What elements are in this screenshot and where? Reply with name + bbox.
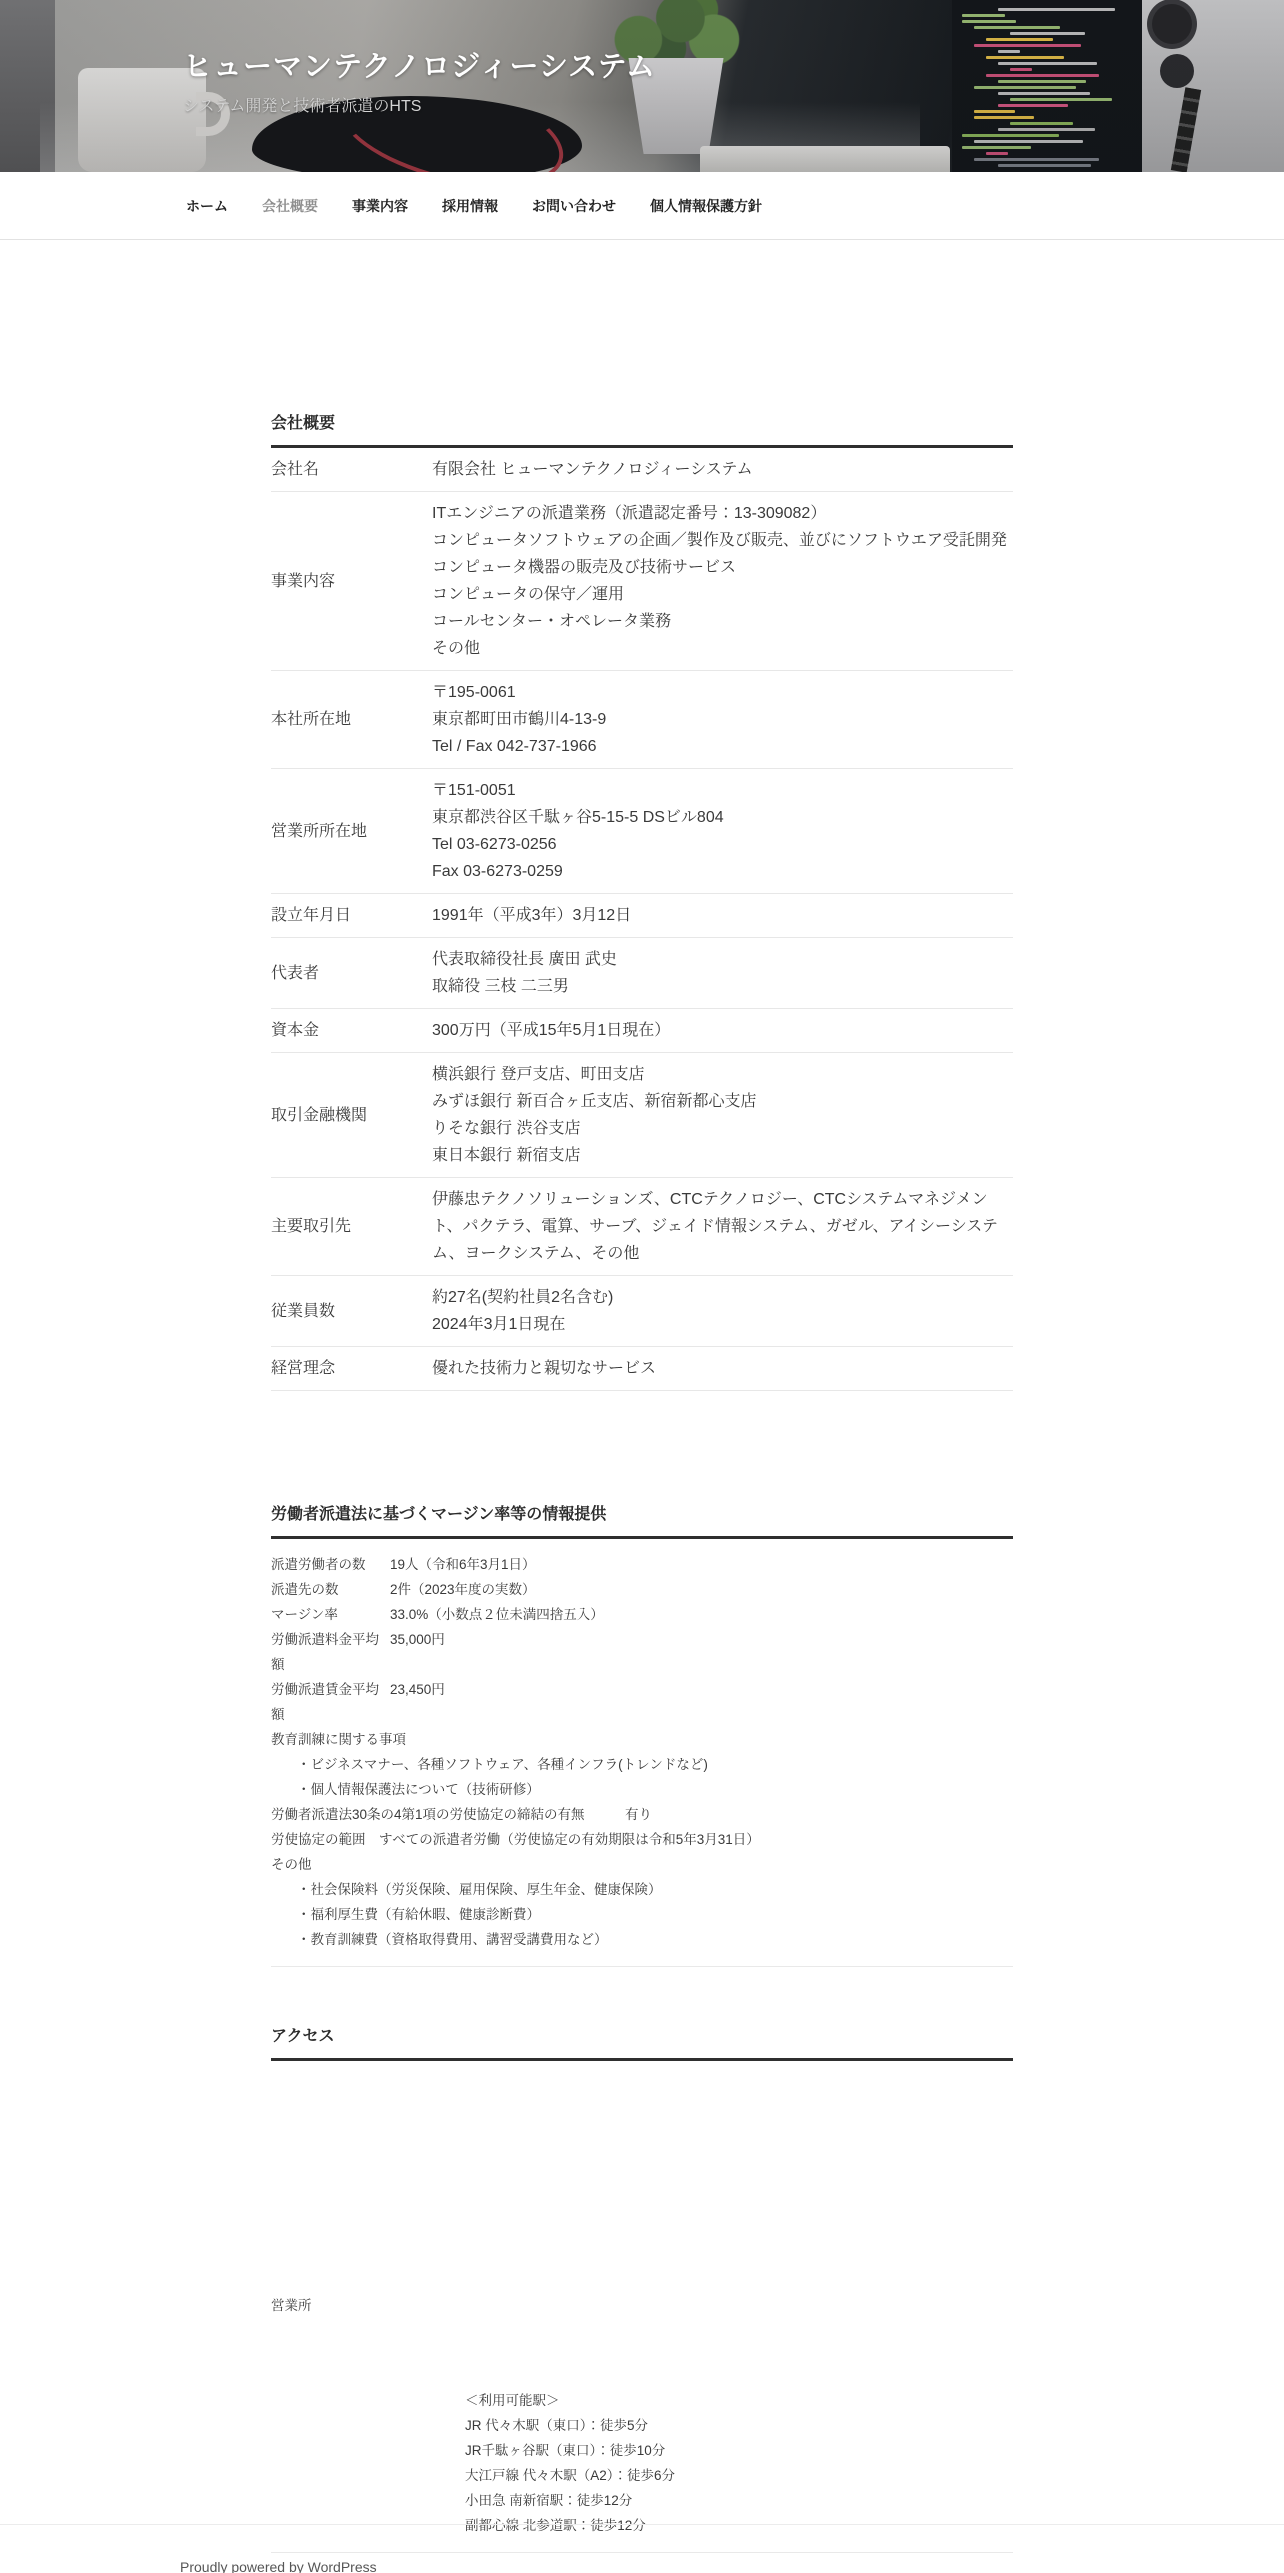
access-section: アクセス 営業所 ＜利用可能駅＞ JR 代々木駅（東口）：徒歩5分JR千駄ヶ谷駅… xyxy=(271,2023,1013,2553)
margin-pair-label: 派遣先の数 xyxy=(271,1577,390,1602)
station-item: JR千駄ヶ谷駅（東口）：徒歩10分 xyxy=(465,2438,1013,2463)
margin-info-list: 派遣労働者の数19人（令和6年3月1日）派遣先の数2件（2023年度の実数）マー… xyxy=(271,1552,1013,1967)
margin-info-section: 労働者派遣法に基づくマージン率等の情報提供 派遣労働者の数19人（令和6年3月1… xyxy=(271,1501,1013,1967)
company-row-label: 代表者 xyxy=(271,938,432,1009)
station-list-title: ＜利用可能駅＞ xyxy=(465,2388,1013,2413)
margin-info-line: ・教育訓練費（資格取得費用、講習受講費用など） xyxy=(271,1927,1013,1952)
company-overview-heading: 会社概要 xyxy=(271,410,1013,448)
company-row-value: 〒151-0051東京都渋谷区千駄ヶ谷5-15-5 DSビル804Tel 03-… xyxy=(432,769,1013,894)
company-table-row: 会社名有限会社 ヒューマンテクノロジィーシステム xyxy=(271,448,1013,492)
hero-header: ヒューマンテクノロジィーシステム システム開発と技術者派遣のHTS xyxy=(0,0,1284,172)
company-row-value: ITエンジニアの派遣業務（派遣認定番号：13-309082）コンピュータソフトウ… xyxy=(432,492,1013,671)
margin-pair-label: 派遣労働者の数 xyxy=(271,1552,390,1577)
margin-info-line: ・福利厚生費（有給休暇、健康診断費） xyxy=(271,1902,1013,1927)
company-row-label: 取引金融機関 xyxy=(271,1053,432,1178)
margin-info-line: 教育訓練に関する事項 xyxy=(271,1727,1013,1752)
company-row-label: 資本金 xyxy=(271,1009,432,1053)
company-table-row: 従業員数約27名(契約社員2名含む)2024年3月1日現在 xyxy=(271,1276,1013,1347)
company-row-value: 代表取締役社長 廣田 武史取締役 三枝 二三男 xyxy=(432,938,1013,1009)
nav-item-3[interactable]: 採用情報 xyxy=(442,196,498,216)
company-row-value: 優れた技術力と親切なサービス xyxy=(432,1347,1013,1391)
margin-pair-value: 33.0%（小数点２位未満四捨五入） xyxy=(390,1602,604,1627)
station-item: JR 代々木駅（東口）：徒歩5分 xyxy=(465,2413,1013,2438)
company-table-row: 営業所所在地〒151-0051東京都渋谷区千駄ヶ谷5-15-5 DSビル804T… xyxy=(271,769,1013,894)
station-item: 大江戸線 代々木駅（A2）：徒歩6分 xyxy=(465,2463,1013,2488)
margin-info-line: 労働者派遣法30条の4第1項の労使協定の締結の有無 有り xyxy=(271,1802,1013,1827)
margin-info-pair: 派遣先の数2件（2023年度の実数） xyxy=(271,1577,1013,1602)
margin-pair-label: 労働派遣料金平均額 xyxy=(271,1627,390,1677)
margin-info-pair: 労働派遣料金平均額35,000円 xyxy=(271,1627,1013,1677)
company-row-value: 有限会社 ヒューマンテクノロジィーシステム xyxy=(432,448,1013,492)
site-footer: Proudly powered by WordPress xyxy=(0,2524,1284,2573)
margin-pair-label: マージン率 xyxy=(271,1602,390,1627)
station-list: ＜利用可能駅＞ JR 代々木駅（東口）：徒歩5分JR千駄ヶ谷駅（東口）：徒歩10… xyxy=(465,2388,1013,2538)
margin-info-line: その他 xyxy=(271,1852,1013,1877)
access-heading: アクセス xyxy=(271,2023,1013,2061)
company-row-label: 従業員数 xyxy=(271,1276,432,1347)
main-content: 会社概要 会社名有限会社 ヒューマンテクノロジィーシステム事業内容ITエンジニア… xyxy=(271,410,1013,2553)
company-table-row: 主要取引先伊藤忠テクノソリューションズ、CTCテクノロジー、CTCシステムマネジ… xyxy=(271,1178,1013,1276)
margin-info-line: 労使協定の範囲 すべての派遣者労働（労使協定の有効期限は令和5年3月31日） xyxy=(271,1827,1013,1852)
company-table-row: 設立年月日1991年（平成3年）3月12日 xyxy=(271,894,1013,938)
margin-info-line: ・ビジネスマナー、各種ソフトウェア、各種インフラ(トレンドなど) xyxy=(271,1752,1013,1777)
primary-nav: ホーム会社概要事業内容採用情報お問い合わせ個人情報保護方針 xyxy=(0,172,1284,240)
company-table: 会社名有限会社 ヒューマンテクノロジィーシステム事業内容ITエンジニアの派遣業務… xyxy=(271,448,1013,1391)
company-table-row: 資本金300万円（平成15年5月1日現在） xyxy=(271,1009,1013,1053)
company-row-value: 伊藤忠テクノソリューションズ、CTCテクノロジー、CTCシステムマネジメント、パ… xyxy=(432,1178,1013,1276)
office-label: 営業所 xyxy=(271,2293,1013,2318)
company-table-row: 取引金融機関横浜銀行 登戸支店、町田支店みずほ銀行 新百合ヶ丘支店、新宿新都心支… xyxy=(271,1053,1013,1178)
company-row-value: 1991年（平成3年）3月12日 xyxy=(432,894,1013,938)
site-tagline: システム開発と技術者派遣のHTS xyxy=(183,93,656,116)
site-title[interactable]: ヒューマンテクノロジィーシステム xyxy=(183,50,656,84)
margin-info-pair: 派遣労働者の数19人（令和6年3月1日） xyxy=(271,1552,1013,1577)
margin-info-pair: 労働派遣賃金平均額23,450円 xyxy=(271,1677,1013,1727)
company-row-value: 300万円（平成15年5月1日現在） xyxy=(432,1009,1013,1053)
station-items: JR 代々木駅（東口）：徒歩5分JR千駄ヶ谷駅（東口）：徒歩10分大江戸線 代々… xyxy=(465,2413,1013,2538)
map-placeholder-branch-office xyxy=(271,2318,1013,2388)
company-table-row: 本社所在地〒195-0061東京都町田市鶴川4-13-9Tel / Fax 04… xyxy=(271,671,1013,769)
page: { "header": { "site_title": "ヒューマンテクノロジィ… xyxy=(0,0,1284,2573)
company-table-body: 会社名有限会社 ヒューマンテクノロジィーシステム事業内容ITエンジニアの派遣業務… xyxy=(271,448,1013,1391)
company-table-row: 事業内容ITエンジニアの派遣業務（派遣認定番号：13-309082）コンピュータ… xyxy=(271,492,1013,671)
nav-item-4[interactable]: お問い合わせ xyxy=(532,196,616,216)
map-placeholder-head-office xyxy=(271,2061,1013,2293)
margin-pair-label: 労働派遣賃金平均額 xyxy=(271,1677,390,1727)
nav-item-2[interactable]: 事業内容 xyxy=(352,196,408,216)
margin-info-pair: マージン率33.0%（小数点２位未満四捨五入） xyxy=(271,1602,1013,1627)
wordpress-credit-link[interactable]: Proudly powered by WordPress xyxy=(180,2559,1284,2573)
margin-info-line: ・社会保険料（労災保険、雇用保険、厚生年金、健康保険） xyxy=(271,1877,1013,1902)
company-row-value: 横浜銀行 登戸支店、町田支店みずほ銀行 新百合ヶ丘支店、新宿新都心支店りそな銀行… xyxy=(432,1053,1013,1178)
nav-item-1[interactable]: 会社概要 xyxy=(262,196,318,216)
margin-pair-value: 23,450円 xyxy=(390,1677,445,1727)
nav-item-5[interactable]: 個人情報保護方針 xyxy=(650,196,762,216)
company-row-label: 主要取引先 xyxy=(271,1178,432,1276)
company-row-value: 〒195-0061東京都町田市鶴川4-13-9Tel / Fax 042-737… xyxy=(432,671,1013,769)
company-row-value: 約27名(契約社員2名含む)2024年3月1日現在 xyxy=(432,1276,1013,1347)
nav-item-0[interactable]: ホーム xyxy=(186,196,228,216)
company-row-label: 会社名 xyxy=(271,448,432,492)
margin-info-heading: 労働者派遣法に基づくマージン率等の情報提供 xyxy=(271,1501,1013,1539)
margin-info-line: ・個人情報保護法について（技術研修） xyxy=(271,1777,1013,1802)
margin-pair-value: 2件（2023年度の実数） xyxy=(390,1577,536,1602)
company-row-label: 経営理念 xyxy=(271,1347,432,1391)
company-row-label: 事業内容 xyxy=(271,492,432,671)
station-item: 小田急 南新宿駅：徒歩12分 xyxy=(465,2488,1013,2513)
company-table-row: 経営理念優れた技術力と親切なサービス xyxy=(271,1347,1013,1391)
company-overview-section: 会社概要 会社名有限会社 ヒューマンテクノロジィーシステム事業内容ITエンジニア… xyxy=(271,410,1013,1391)
company-row-label: 本社所在地 xyxy=(271,671,432,769)
company-row-label: 設立年月日 xyxy=(271,894,432,938)
margin-pair-value: 35,000円 xyxy=(390,1627,445,1677)
company-row-label: 営業所所在地 xyxy=(271,769,432,894)
company-table-row: 代表者代表取締役社長 廣田 武史取締役 三枝 二三男 xyxy=(271,938,1013,1009)
margin-pair-value: 19人（令和6年3月1日） xyxy=(390,1552,536,1577)
